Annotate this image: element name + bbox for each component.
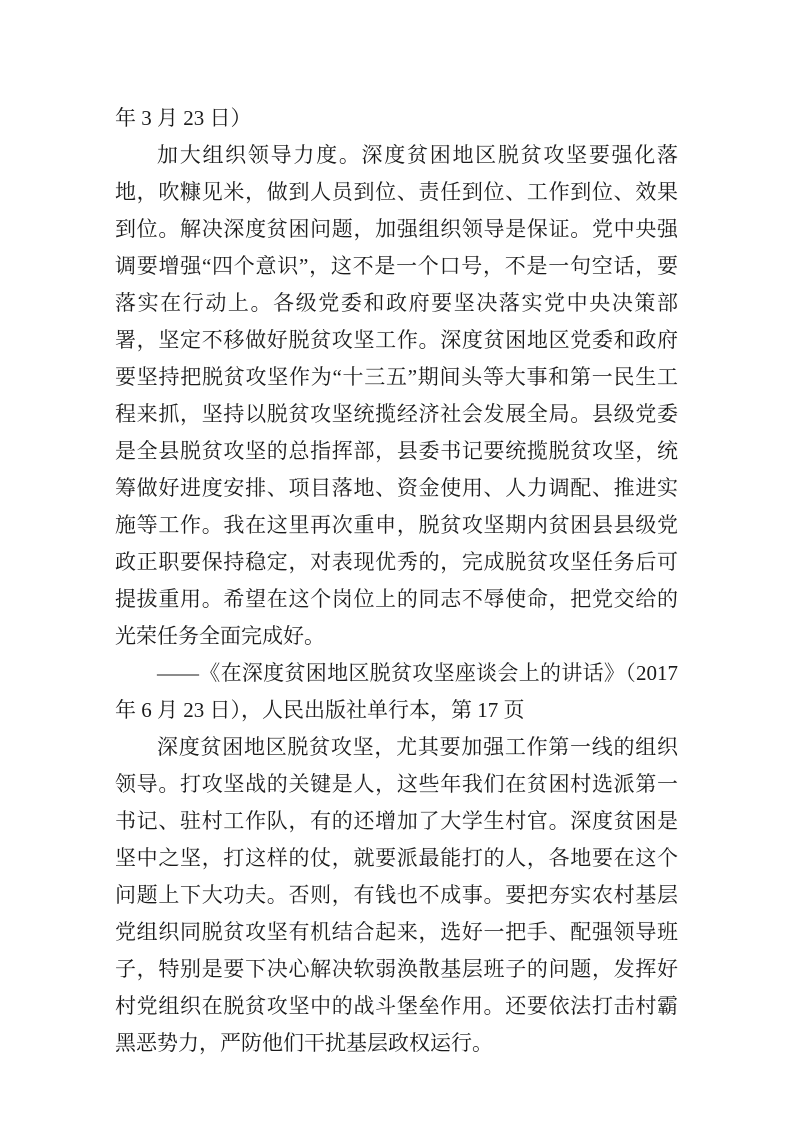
paragraph-body-1: 加大组织领导力度。深度贫困地区脱贫攻坚要强化落地，吹糠见米，做到人员到位、责任到…: [115, 137, 678, 655]
paragraph-body-2: 深度贫困地区脱贫攻坚，尤其要加强工作第一线的组织领导。打攻坚战的关键是人，这些年…: [115, 729, 678, 1062]
text-block: 年 3 月 23 日） 加大组织领导力度。深度贫困地区脱贫攻坚要强化落地，吹糠见…: [115, 100, 678, 1062]
paragraph-citation: ——《在深度贫困地区脱贫攻坚座谈会上的讲话》（2017 年 6 月 23 日），…: [115, 655, 678, 729]
paragraph-date-tail: 年 3 月 23 日）: [115, 100, 678, 137]
document-page: 年 3 月 23 日） 加大组织领导力度。深度贫困地区脱贫攻坚要强化落地，吹糠见…: [0, 0, 793, 1122]
